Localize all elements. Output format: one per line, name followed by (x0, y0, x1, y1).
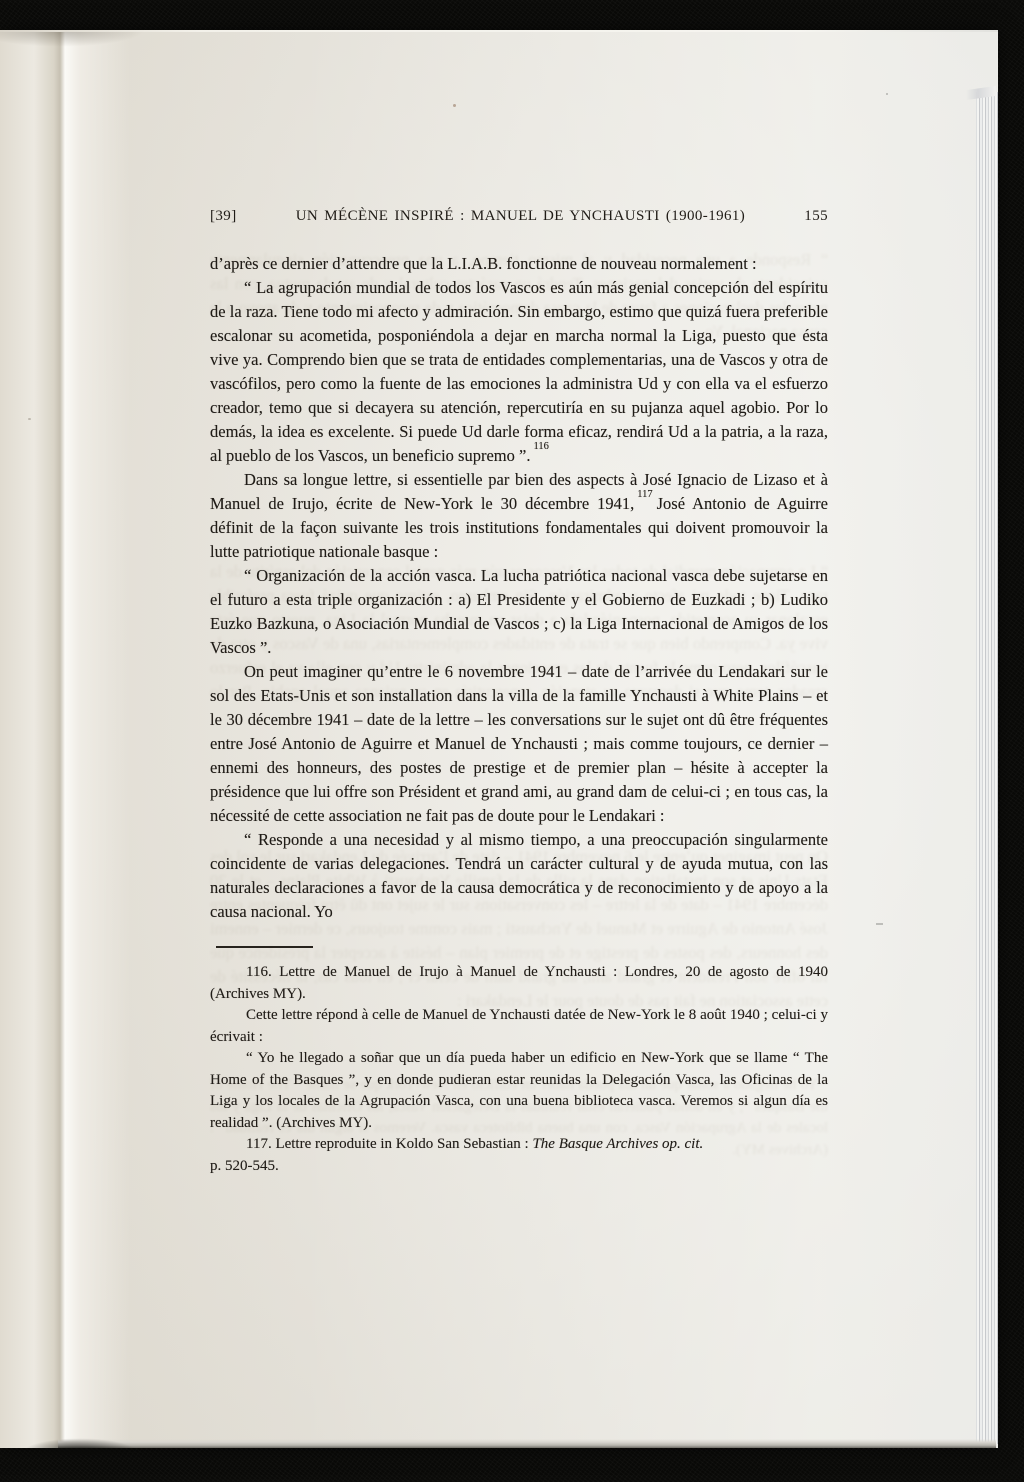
spanish-quote-paragraph: “ La agrupación mundial de todos los Vas… (210, 276, 828, 468)
footnote-116: 116. Lettre de Manuel de Irujo à Manuel … (210, 962, 828, 1005)
pencil-mark (876, 923, 883, 925)
footnote-ref-116: 116 (533, 441, 548, 452)
page-number: 155 (804, 208, 828, 225)
footnote-separator (216, 946, 313, 948)
footnote-116-quote: “ Yo he llegado a soñar que un día pueda… (210, 1048, 828, 1134)
footnote-ref-117: 117 (637, 489, 652, 500)
footnote-text: 117. Lettre reproduite in Koldo San Seba… (246, 1136, 529, 1152)
paper-speck (453, 104, 456, 107)
book-page: “ Responde a una necesidad y al mismo ti… (0, 30, 998, 1448)
body-paragraph: On peut imaginer qu’entre le 6 novembre … (210, 660, 828, 828)
footnote-117-pages: p. 520-545. (210, 1156, 828, 1178)
paper-speck (886, 93, 888, 95)
body-paragraph-continuation: d’après ce dernier d’attendre que la L.I… (210, 252, 828, 276)
spine-shadow (20, 1438, 140, 1454)
footnote-cited-title: The Basque Archives op. cit. (532, 1136, 703, 1152)
quote-text: “ La agrupación mundial de todos los Vas… (210, 278, 828, 465)
footnote-116-reply: Cette lettre répond à celle de Manuel de… (210, 1005, 828, 1048)
page-bottom-edge (58, 1439, 996, 1448)
body-paragraph: Dans sa longue lettre, si essentielle pa… (210, 468, 828, 564)
section-marker: [39] (210, 208, 237, 225)
paper-speck (28, 418, 31, 420)
running-title: UN MÉCÈNE INSPIRÉ : MANUEL DE YNCHAUSTI … (237, 208, 805, 225)
footnote-117: 117. Lettre reproduite in Koldo San Seba… (210, 1134, 828, 1156)
spanish-quote-paragraph: “ Responde a una necesidad y al mismo ti… (210, 828, 828, 924)
page-edge-stack (976, 92, 998, 1444)
spanish-quote-paragraph: “ Organización de la acción vasca. La lu… (210, 564, 828, 660)
text-block: [39] UN MÉCÈNE INSPIRÉ : MANUEL DE YNCHA… (210, 208, 828, 1177)
running-header: [39] UN MÉCÈNE INSPIRÉ : MANUEL DE YNCHA… (210, 208, 828, 225)
